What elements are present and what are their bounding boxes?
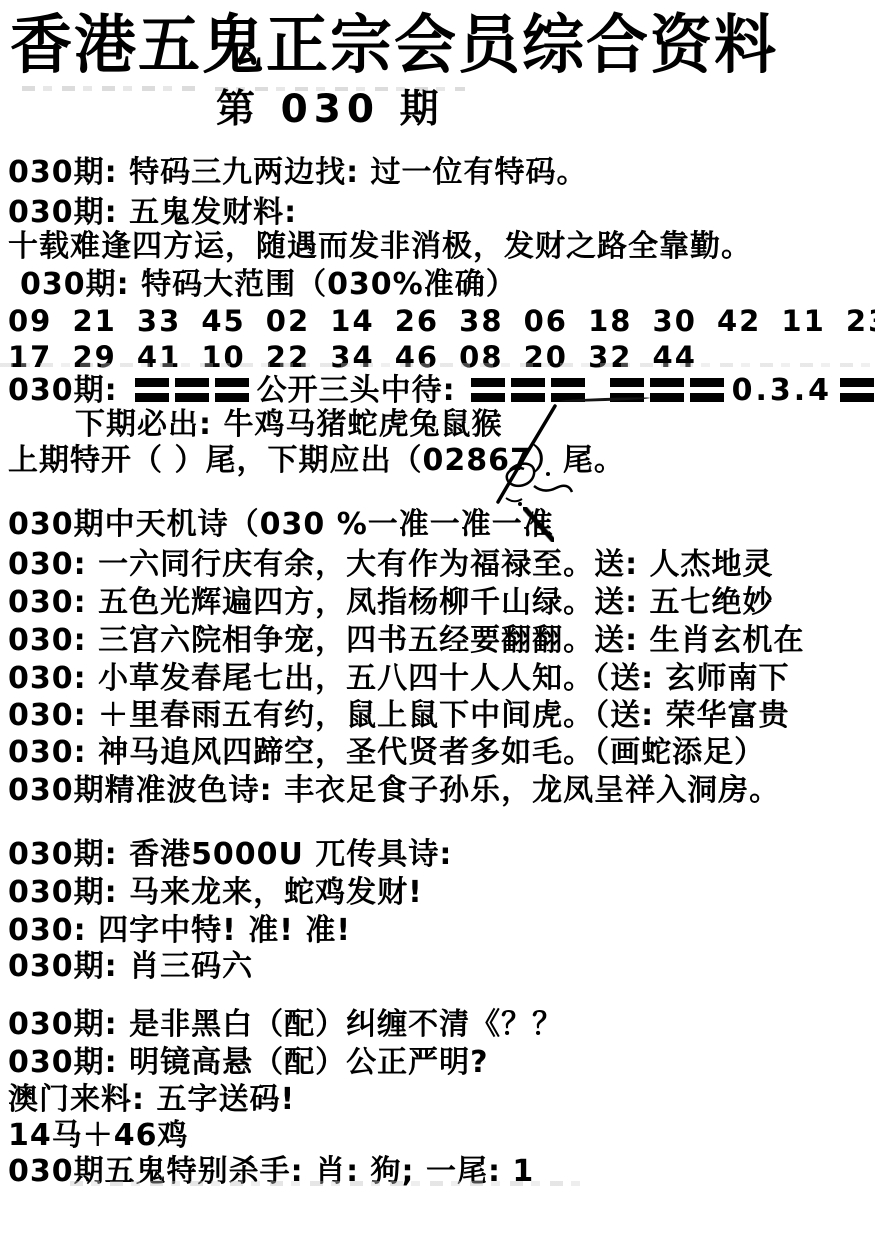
tianji-poem-line: 030: 三宫六院相争宠，四书五经要翻翻。送: 生肖玄机在 bbox=[8, 624, 805, 658]
last-open-post: ）尾。 bbox=[532, 443, 625, 478]
open-three-heads-line: 030期: 公开三头中待: 0.3.4 bbox=[8, 374, 875, 408]
redacted-block-group bbox=[468, 374, 588, 408]
redacted-block bbox=[690, 378, 724, 402]
tianji-poem-line: 030: 神马追风四蹄空，圣代贤者多如毛。（画蛇添足） bbox=[8, 736, 765, 770]
ink-smudge bbox=[22, 86, 202, 91]
special-range-heading: 030期: 特码大范围（030%准确） bbox=[20, 268, 517, 302]
open-three-digits: 0.3.4 bbox=[732, 374, 832, 408]
redacted-block bbox=[840, 378, 874, 402]
redacted-block bbox=[511, 378, 545, 402]
redacted-block-group bbox=[132, 374, 252, 408]
last-open-tail-line: 上期特开（ ）尾，下期应出（02867 ）尾。 bbox=[8, 444, 625, 478]
tianji-poem-line: 030: 小草发春尾七出，五八四十人人知。（送: 玄师南下 bbox=[8, 662, 790, 696]
tianji-poem-line: 030: ＋里春雨五有约，鼠上鼠下中间虎。（送: 荣华富贵 bbox=[8, 699, 790, 733]
tianji-poem-line: 030: 一六同行庆有余，大有作为福禄至。送: 人杰地灵 bbox=[8, 548, 774, 582]
sheet-title: 香港五鬼正宗会员综合资料 bbox=[10, 7, 778, 84]
redacted-block bbox=[175, 378, 209, 402]
fax-line-2: 030: 四字中特! 准! 准! bbox=[8, 914, 351, 948]
ink-smudge bbox=[70, 1181, 580, 1186]
redacted-block bbox=[215, 378, 249, 402]
bose-poem-line: 030期精准波色诗: 丰衣足食子孙乐，龙凤呈祥入洞房。 bbox=[8, 774, 780, 808]
next-issue-zodiac-line: 下期必出: 牛鸡马猪蛇虎兔鼠猴 bbox=[75, 408, 502, 442]
special-code-hint-line: 030期: 特码三九两边找: 过一位有特码。 bbox=[8, 156, 588, 190]
fax-line-1: 030期: 马来龙来，蛇鸡发财! bbox=[8, 876, 423, 910]
open-three-prefix: 030期: bbox=[8, 374, 118, 408]
redacted-block bbox=[471, 378, 505, 402]
redacted-block-group bbox=[837, 374, 875, 408]
redacted-block bbox=[650, 378, 684, 402]
horse-chicken-line: 14马＋46鸡 bbox=[8, 1119, 189, 1153]
pair-line-1: 030期: 是非黑白（配）纠缠不清《？？ bbox=[8, 1008, 563, 1042]
special-range-numbers-row1: 09 21 33 45 02 14 26 38 06 18 30 42 11 2… bbox=[8, 304, 875, 338]
tianji-heading: 030期中天机诗（030 %一准一准一准 bbox=[8, 508, 554, 542]
facai-heading-line: 030期: 五鬼发财料: bbox=[8, 196, 297, 230]
special-range-numbers-row2: 17 29 41 10 22 34 46 08 20 32 44 bbox=[8, 340, 697, 374]
pair-line-2: 030期: 明镜高悬（配）公正严明? bbox=[8, 1046, 488, 1080]
struck-character: 准 bbox=[523, 507, 554, 542]
fax-line-3: 030期: 肖三码六 bbox=[8, 950, 253, 984]
facai-poem-line: 十载难逢四方运，随遇而发非消极，发财之路全靠勤。 bbox=[8, 230, 752, 264]
issue-number-heading: 第 030 期 bbox=[216, 93, 445, 127]
redacted-block-group bbox=[607, 374, 727, 408]
fax-heading-line: 030期: 香港5000U 兀传具诗: bbox=[8, 838, 452, 872]
tianji-poem-line: 030: 五色光辉遍四方，凤指杨柳千山绿。送: 五七绝妙 bbox=[8, 586, 774, 620]
open-three-label: 公开三头中待: bbox=[257, 374, 456, 408]
macau-line: 澳门来料: 五字送码! bbox=[8, 1083, 295, 1117]
tip-sheet-page: 香港五鬼正宗会员综合资料 第 030 期 030期: 特码三九两边找: 过一位有… bbox=[0, 0, 875, 1238]
redacted-block bbox=[135, 378, 169, 402]
ink-smudge bbox=[0, 363, 875, 367]
scribbled-digits: 67 bbox=[488, 444, 532, 478]
last-open-pre: 上期特开（ ）尾，下期应出（028 bbox=[8, 443, 488, 478]
